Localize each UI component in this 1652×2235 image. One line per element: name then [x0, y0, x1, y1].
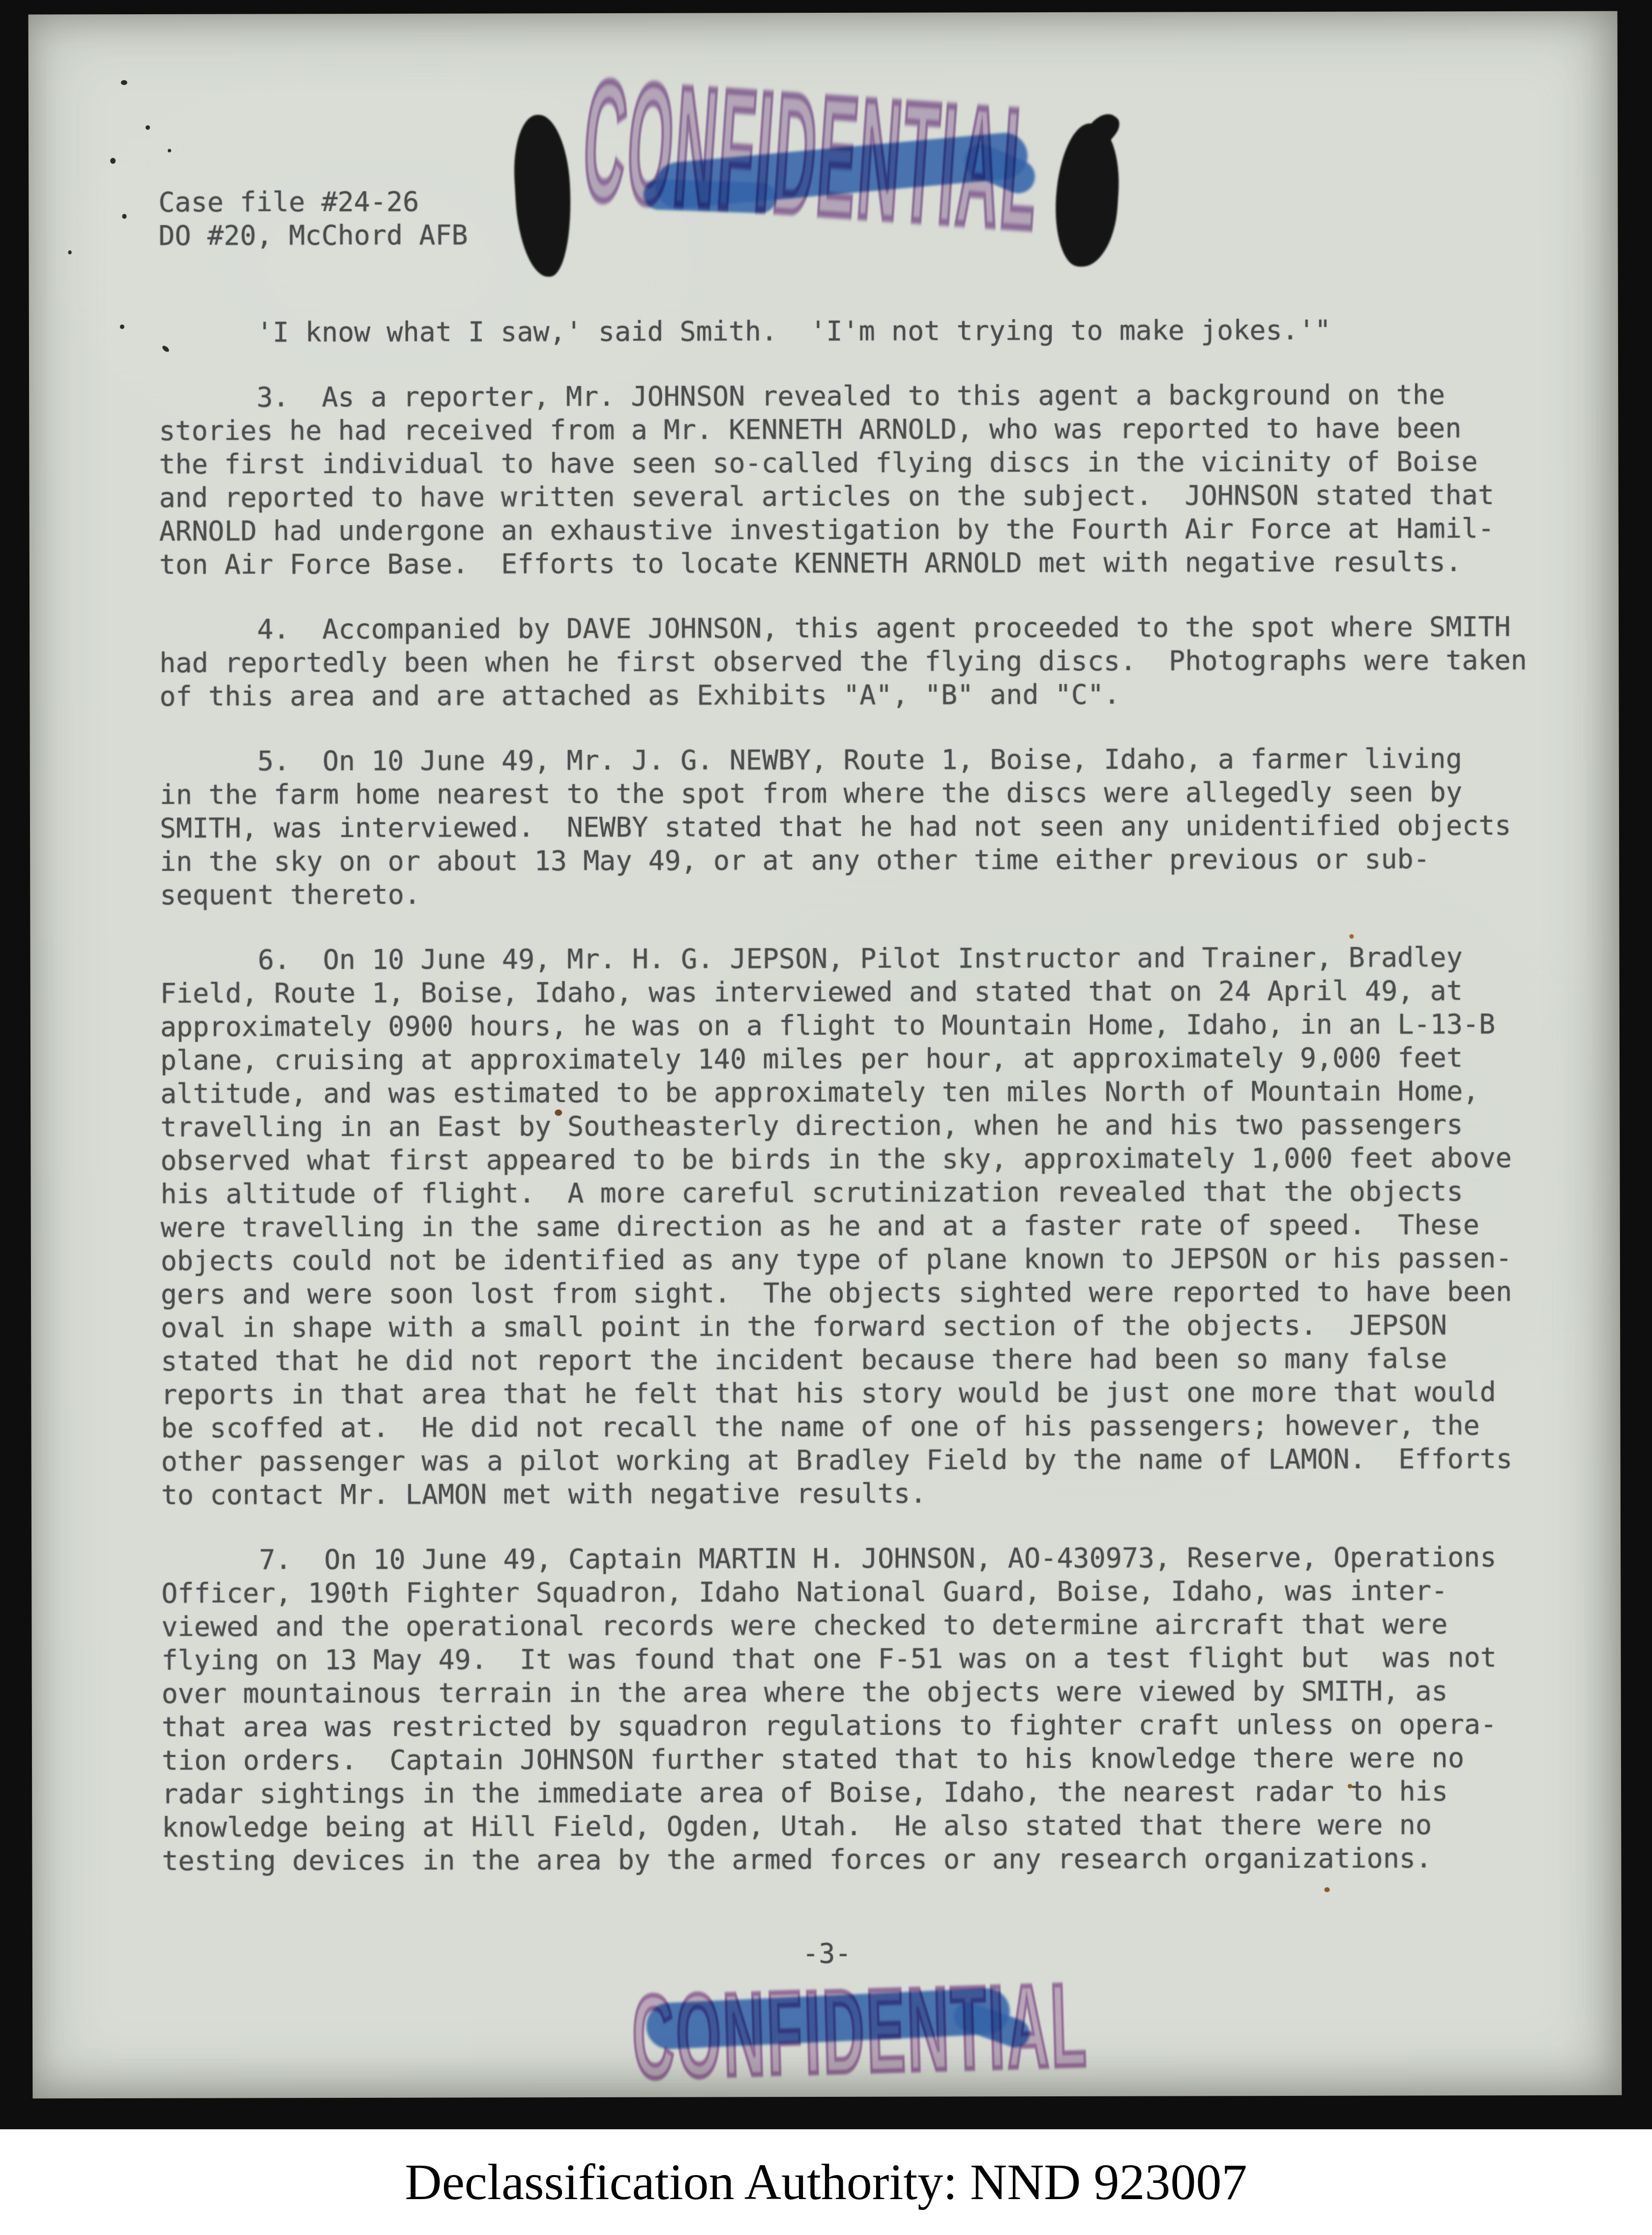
- dust-speck: [1325, 1887, 1330, 1892]
- paragraph-6: 6. On 10 June 49, Mr. H. G. JEPSON, Pilo…: [160, 940, 1548, 1512]
- quote-line: 'I know what I saw,' said Smith. 'I'm no…: [159, 313, 1545, 349]
- paragraph-3: 3. As a reporter, Mr. JOHNSON revealed t…: [159, 378, 1546, 581]
- document-page: CONFIDENTIAL Case file #24-26 DO #20, Mc…: [29, 11, 1622, 2099]
- paragraph-7: 7. On 10 June 49, Captain MARTIN H. JOHN…: [161, 1540, 1548, 1877]
- dust-speck: [120, 325, 124, 329]
- scan-background: { "stamps": { "confidential_top": "CONFI…: [0, 0, 1652, 2235]
- declassification-text: Declassification Authority: NND 923007: [405, 2153, 1247, 2211]
- paragraph-4: 4. Accompanied by DAVE JOHNSON, this age…: [159, 610, 1546, 713]
- hole-punch-left: [511, 113, 575, 278]
- page-number: -3-: [32, 1935, 1622, 1972]
- declassification-banner: Declassification Authority: NND 923007: [0, 2129, 1652, 2235]
- paragraph-5: 5. On 10 June 49, Mr. J. G. NEWBY, Route…: [160, 742, 1547, 912]
- dust-speck: [122, 214, 126, 219]
- blue-marker-stroke-bottom: [645, 1987, 1011, 2050]
- dust-speck: [110, 158, 116, 164]
- case-file-header: Case file #24-26 DO #20, McChord AFB: [158, 185, 468, 252]
- dust-speck: [121, 80, 127, 85]
- dust-speck: [168, 149, 171, 152]
- blue-marker-stroke-top: [653, 131, 1030, 210]
- dust-speck: [68, 250, 72, 254]
- dust-speck: [146, 125, 150, 130]
- report-body: 'I know what I saw,' said Smith. 'I'm no…: [159, 313, 1549, 1877]
- hole-punch-right: [1052, 121, 1123, 269]
